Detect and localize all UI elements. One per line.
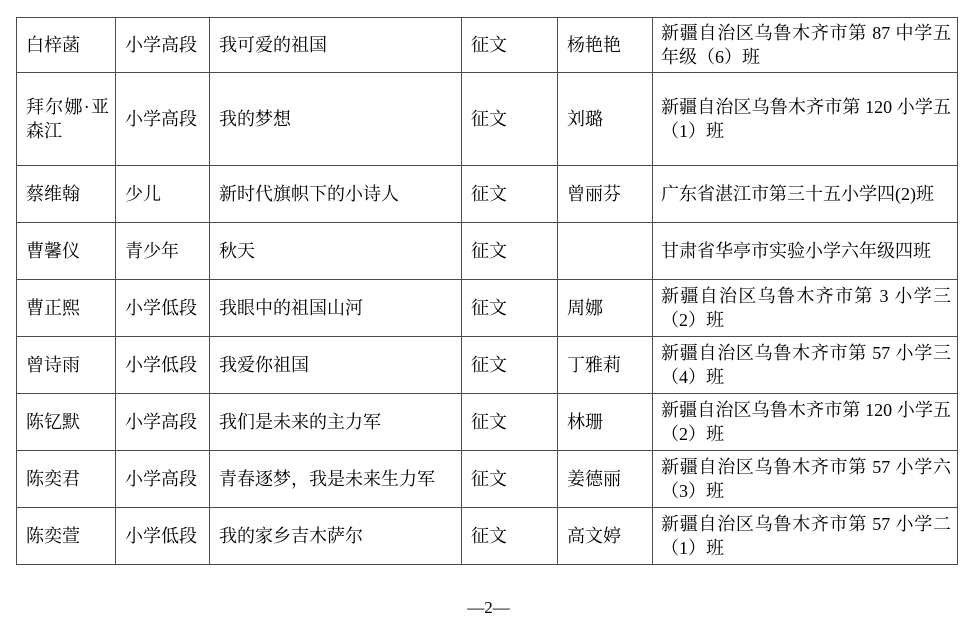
page-number: —2— <box>0 597 977 619</box>
cell-instructor: 林珊 <box>558 394 653 451</box>
cell-student-name: 曹正熙 <box>17 280 116 337</box>
cell-category: 小学高段 <box>116 18 210 73</box>
cell-school: 新疆自治区乌鲁木齐市第 120 小学五（2）班 <box>653 394 958 451</box>
table-row: 陈奕萱 小学低段 我的家乡吉木萨尔 征文 高文婷 新疆自治区乌鲁木齐市第 57 … <box>17 508 958 565</box>
cell-instructor: 丁雅莉 <box>558 337 653 394</box>
cell-instructor: 姜德丽 <box>558 451 653 508</box>
cell-work-title: 青春逐梦，我是未来生力军 <box>210 451 462 508</box>
cell-entry-type: 征文 <box>462 394 558 451</box>
cell-student-name: 陈钇默 <box>17 394 116 451</box>
cell-entry-type: 征文 <box>462 280 558 337</box>
cell-work-title: 我们是未来的主力军 <box>210 394 462 451</box>
cell-entry-type: 征文 <box>462 451 558 508</box>
cell-student-name: 陈奕君 <box>17 451 116 508</box>
cell-category: 小学高段 <box>116 394 210 451</box>
cell-school: 新疆自治区乌鲁木齐市第 57 小学三（4）班 <box>653 337 958 394</box>
cell-instructor: 杨艳艳 <box>558 18 653 73</box>
cell-student-name: 曹馨仪 <box>17 223 116 280</box>
cell-instructor: 曾丽芬 <box>558 166 653 223</box>
cell-entry-type: 征文 <box>462 337 558 394</box>
cell-entry-type: 征文 <box>462 166 558 223</box>
table-row: 曹正熙 小学低段 我眼中的祖国山河 征文 周娜 新疆自治区乌鲁木齐市第 3 小学… <box>17 280 958 337</box>
cell-work-title: 我眼中的祖国山河 <box>210 280 462 337</box>
cell-work-title: 我爱你祖国 <box>210 337 462 394</box>
table-row: 陈钇默 小学高段 我们是未来的主力军 征文 林珊 新疆自治区乌鲁木齐市第 120… <box>17 394 958 451</box>
cell-student-name: 拜尔娜·亚森江 <box>17 73 116 166</box>
cell-school: 新疆自治区乌鲁木齐市第 87 中学五年级（6）班 <box>653 18 958 73</box>
cell-student-name: 曾诗雨 <box>17 337 116 394</box>
cell-category: 少儿 <box>116 166 210 223</box>
table-row: 曹馨仪 青少年 秋天 征文 甘肃省华亭市实验小学六年级四班 <box>17 223 958 280</box>
table-row: 蔡维翰 少儿 新时代旗帜下的小诗人 征文 曾丽芬 广东省湛江市第三十五小学四(2… <box>17 166 958 223</box>
cell-school: 新疆自治区乌鲁木齐市第 120 小学五（1）班 <box>653 73 958 166</box>
cell-entry-type: 征文 <box>462 18 558 73</box>
cell-school: 新疆自治区乌鲁木齐市第 57 小学六（3）班 <box>653 451 958 508</box>
table-row: 白梓菡 小学高段 我可爱的祖国 征文 杨艳艳 新疆自治区乌鲁木齐市第 87 中学… <box>17 18 958 73</box>
cell-instructor <box>558 223 653 280</box>
cell-work-title: 新时代旗帜下的小诗人 <box>210 166 462 223</box>
cell-work-title: 我的家乡吉木萨尔 <box>210 508 462 565</box>
cell-instructor: 刘璐 <box>558 73 653 166</box>
cell-entry-type: 征文 <box>462 223 558 280</box>
cell-instructor: 周娜 <box>558 280 653 337</box>
cell-student-name: 白梓菡 <box>17 18 116 73</box>
cell-entry-type: 征文 <box>462 73 558 166</box>
cell-entry-type: 征文 <box>462 508 558 565</box>
cell-student-name: 陈奕萱 <box>17 508 116 565</box>
cell-school: 甘肃省华亭市实验小学六年级四班 <box>653 223 958 280</box>
cell-work-title: 我的梦想 <box>210 73 462 166</box>
cell-school: 广东省湛江市第三十五小学四(2)班 <box>653 166 958 223</box>
cell-category: 青少年 <box>116 223 210 280</box>
table-row: 曾诗雨 小学低段 我爱你祖国 征文 丁雅莉 新疆自治区乌鲁木齐市第 57 小学三… <box>17 337 958 394</box>
cell-category: 小学低段 <box>116 280 210 337</box>
cell-school: 新疆自治区乌鲁木齐市第 3 小学三（2）班 <box>653 280 958 337</box>
table-row: 陈奕君 小学高段 青春逐梦，我是未来生力军 征文 姜德丽 新疆自治区乌鲁木齐市第… <box>17 451 958 508</box>
cell-category: 小学低段 <box>116 508 210 565</box>
cell-work-title: 秋天 <box>210 223 462 280</box>
award-entries-table: 白梓菡 小学高段 我可爱的祖国 征文 杨艳艳 新疆自治区乌鲁木齐市第 87 中学… <box>16 17 958 565</box>
document-page: { "colors": { "background": "#ffffff", "… <box>0 0 977 638</box>
cell-student-name: 蔡维翰 <box>17 166 116 223</box>
cell-category: 小学低段 <box>116 337 210 394</box>
cell-school: 新疆自治区乌鲁木齐市第 57 小学二（1）班 <box>653 508 958 565</box>
cell-category: 小学高段 <box>116 73 210 166</box>
cell-category: 小学高段 <box>116 451 210 508</box>
table-row: 拜尔娜·亚森江 小学高段 我的梦想 征文 刘璐 新疆自治区乌鲁木齐市第 120 … <box>17 73 958 166</box>
cell-work-title: 我可爱的祖国 <box>210 18 462 73</box>
cell-instructor: 高文婷 <box>558 508 653 565</box>
